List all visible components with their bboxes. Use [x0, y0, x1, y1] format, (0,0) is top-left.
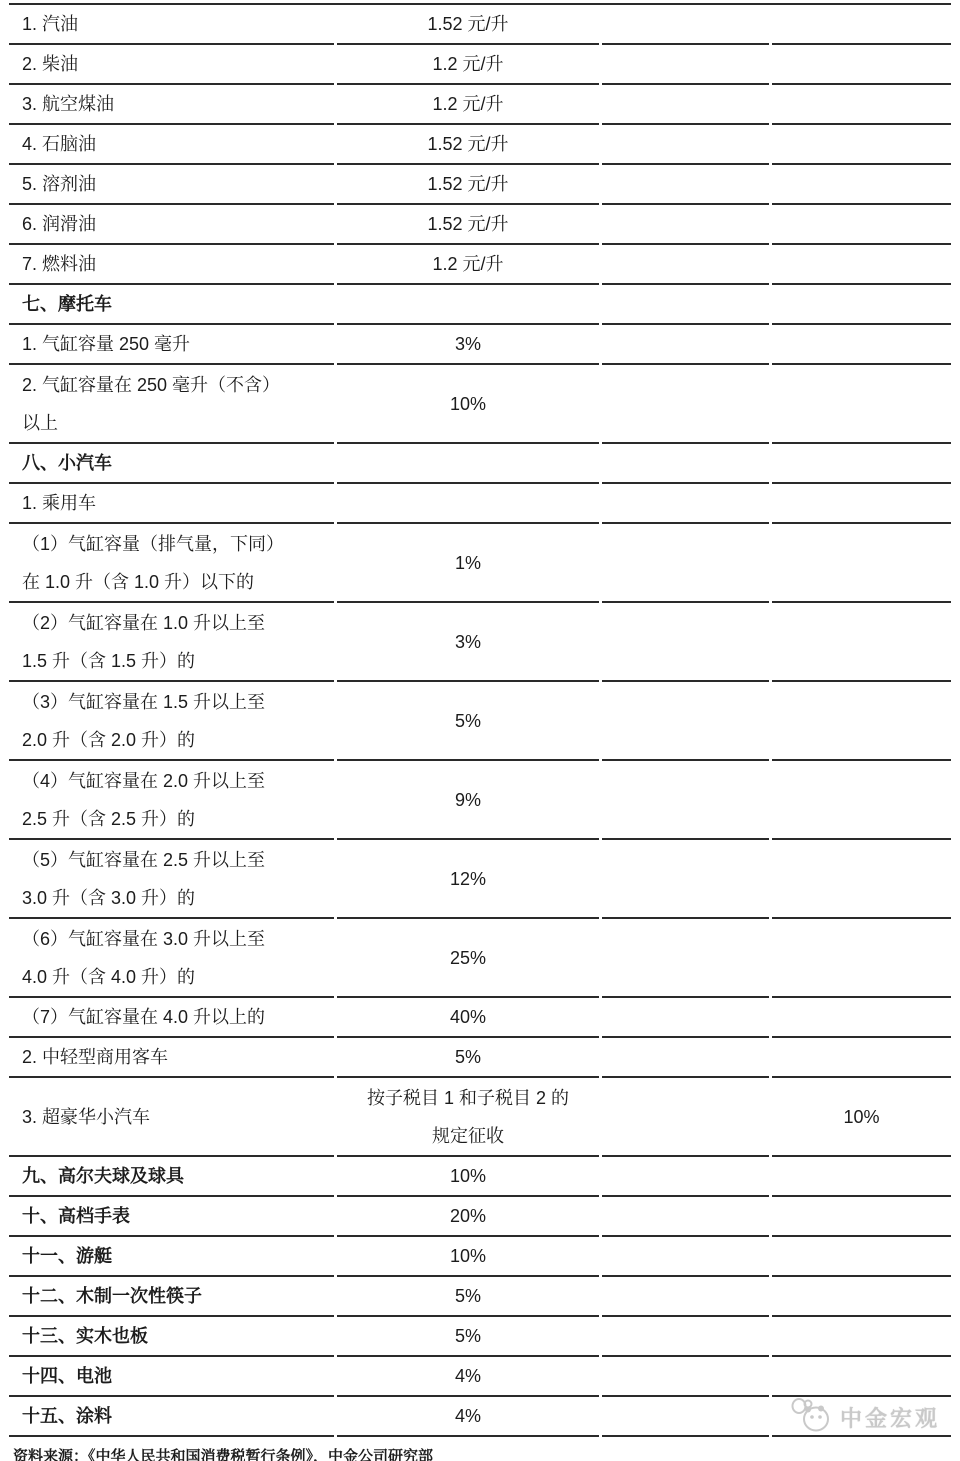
- text-line: （7）气缸容量在 4.0 升以上的: [22, 1005, 334, 1029]
- text-line: 1.5 升（含 1.5 升）的: [22, 642, 334, 680]
- table-row: （3）气缸容量在 1.5 升以上至2.0 升（含 2.0 升）的5%: [9, 682, 951, 761]
- spacer-cell: [602, 1237, 769, 1277]
- item-cell: 7. 燃料油: [9, 245, 334, 285]
- text-line: 3.0 升（含 3.0 升）的: [22, 879, 334, 917]
- text-line: 八、小汽车: [22, 451, 334, 475]
- spacer-cell: [602, 1277, 769, 1317]
- extra-rate-cell: [772, 682, 951, 761]
- text-line: 1. 气缸容量 250 毫升: [22, 332, 334, 356]
- rate-cell: 1%: [337, 524, 599, 603]
- table-row: 十四、电池4%: [9, 1357, 951, 1397]
- text-line: 1.52 元/升: [337, 172, 599, 196]
- item-cell: （2）气缸容量在 1.0 升以上至1.5 升（含 1.5 升）的: [9, 603, 334, 682]
- text-line: 10%: [337, 385, 599, 423]
- rate-cell: 按子税目 1 和子税目 2 的规定征收: [337, 1078, 599, 1157]
- spacer-cell: [602, 1078, 769, 1157]
- spacer-cell: [602, 1357, 769, 1397]
- item-cell: 七、摩托车: [9, 285, 334, 325]
- extra-rate-cell: [772, 125, 951, 165]
- text-line: （5）气缸容量在 2.5 升以上至: [22, 841, 334, 879]
- text-line: 按子税目 1 和子税目 2 的: [337, 1079, 599, 1117]
- page: 1. 汽油1.52 元/升2. 柴油1.2 元/升3. 航空煤油1.2 元/升4…: [0, 3, 960, 1461]
- item-cell: 2. 柴油: [9, 45, 334, 85]
- rate-cell: 10%: [337, 1237, 599, 1277]
- spacer-cell: [602, 5, 769, 45]
- extra-rate-cell: [772, 484, 951, 524]
- text-line: 七、摩托车: [22, 292, 334, 316]
- item-cell: 十二、木制一次性筷子: [9, 1277, 334, 1317]
- source-note: 资料来源：《中华人民共和国消费税暂行条例》，中金公司研究部: [13, 1445, 951, 1461]
- text-line: 10%: [772, 1098, 951, 1136]
- extra-rate-cell: [772, 1038, 951, 1078]
- text-line: 5%: [337, 1284, 599, 1308]
- table-row: 3. 超豪华小汽车按子税目 1 和子税目 2 的规定征收10%: [9, 1078, 951, 1157]
- text-line: 在 1.0 升（含 1.0 升）以下的: [22, 563, 334, 601]
- rate-cell: 3%: [337, 325, 599, 365]
- rate-cell: 1.52 元/升: [337, 205, 599, 245]
- extra-rate-cell: [772, 165, 951, 205]
- item-cell: 3. 航空煤油: [9, 85, 334, 125]
- text-line: 十一、游艇: [22, 1244, 334, 1268]
- spacer-cell: [602, 1317, 769, 1357]
- text-line: 3. 超豪华小汽车: [22, 1098, 334, 1136]
- rate-cell: 3%: [337, 603, 599, 682]
- text-line: 40%: [337, 1005, 599, 1029]
- rate-cell: 1.52 元/升: [337, 125, 599, 165]
- extra-rate-cell: [772, 85, 951, 125]
- text-line: 3%: [337, 332, 599, 356]
- rate-cell: 1.2 元/升: [337, 245, 599, 285]
- extra-rate-cell: [772, 1317, 951, 1357]
- table-row: 1. 汽油1.52 元/升: [9, 5, 951, 45]
- item-cell: （3）气缸容量在 1.5 升以上至2.0 升（含 2.0 升）的: [9, 682, 334, 761]
- extra-rate-cell: [772, 919, 951, 998]
- item-cell: （1）气缸容量（排气量，下同）在 1.0 升（含 1.0 升）以下的: [9, 524, 334, 603]
- text-line: （6）气缸容量在 3.0 升以上至: [22, 920, 334, 958]
- rate-cell: 5%: [337, 1317, 599, 1357]
- spacer-cell: [602, 603, 769, 682]
- text-line: 1. 汽油: [22, 12, 334, 36]
- spacer-cell: [602, 245, 769, 285]
- extra-rate-cell: [772, 1157, 951, 1197]
- extra-rate-cell: [772, 5, 951, 45]
- item-cell: 2. 中轻型商用客车: [9, 1038, 334, 1078]
- text-line: （4）气缸容量在 2.0 升以上至: [22, 762, 334, 800]
- rate-cell: 5%: [337, 682, 599, 761]
- text-line: 2. 柴油: [22, 52, 334, 76]
- text-line: 1.52 元/升: [337, 12, 599, 36]
- item-cell: 十、高档手表: [9, 1197, 334, 1237]
- text-line: 1%: [337, 544, 599, 582]
- item-cell: （7）气缸容量在 4.0 升以上的: [9, 998, 334, 1038]
- spacer-cell: [602, 325, 769, 365]
- table-row: 八、小汽车: [9, 444, 951, 484]
- spacer-cell: [602, 1038, 769, 1078]
- table-row: （6）气缸容量在 3.0 升以上至4.0 升（含 4.0 升）的25%: [9, 919, 951, 998]
- item-cell: 4. 石脑油: [9, 125, 334, 165]
- rate-cell: 1.2 元/升: [337, 45, 599, 85]
- spacer-cell: [602, 682, 769, 761]
- item-cell: 3. 超豪华小汽车: [9, 1078, 334, 1157]
- text-line: 6. 润滑油: [22, 212, 334, 236]
- text-line: 4%: [337, 1364, 599, 1388]
- spacer-cell: [602, 1157, 769, 1197]
- rate-cell: 1.52 元/升: [337, 5, 599, 45]
- table-row: 7. 燃料油1.2 元/升: [9, 245, 951, 285]
- spacer-cell: [602, 165, 769, 205]
- extra-rate-cell: [772, 761, 951, 840]
- table-row: 6. 润滑油1.52 元/升: [9, 205, 951, 245]
- rate-cell: 25%: [337, 919, 599, 998]
- spacer-cell: [602, 285, 769, 325]
- item-cell: 1. 乘用车: [9, 484, 334, 524]
- table-row: 3. 航空煤油1.2 元/升: [9, 85, 951, 125]
- table-row: （5）气缸容量在 2.5 升以上至3.0 升（含 3.0 升）的12%: [9, 840, 951, 919]
- text-line: 十四、电池: [22, 1364, 334, 1388]
- extra-rate-cell: [772, 1397, 951, 1437]
- extra-rate-cell: [772, 285, 951, 325]
- rate-cell: 12%: [337, 840, 599, 919]
- table-row: 2. 柴油1.2 元/升: [9, 45, 951, 85]
- text-line: 1.2 元/升: [337, 92, 599, 116]
- item-cell: 十三、实木也板: [9, 1317, 334, 1357]
- rate-cell: 4%: [337, 1357, 599, 1397]
- table-row: 5. 溶剂油1.52 元/升: [9, 165, 951, 205]
- table-row: 七、摩托车: [9, 285, 951, 325]
- table-row: 十三、实木也板5%: [9, 1317, 951, 1357]
- spacer-cell: [602, 85, 769, 125]
- item-cell: 十五、涂料: [9, 1397, 334, 1437]
- extra-rate-cell: [772, 325, 951, 365]
- spacer-cell: [602, 524, 769, 603]
- table-row: 十五、涂料4%: [9, 1397, 951, 1437]
- text-line: 十五、涂料: [22, 1404, 334, 1428]
- extra-rate-cell: [772, 840, 951, 919]
- text-line: 九、高尔夫球及球具: [22, 1164, 334, 1188]
- rate-cell: [337, 444, 599, 484]
- text-line: 十、高档手表: [22, 1204, 334, 1228]
- table-row: 十一、游艇10%: [9, 1237, 951, 1277]
- table-row: （7）气缸容量在 4.0 升以上的40%: [9, 998, 951, 1038]
- text-line: 10%: [337, 1244, 599, 1268]
- text-line: 10%: [337, 1164, 599, 1188]
- spacer-cell: [602, 761, 769, 840]
- text-line: 4%: [337, 1404, 599, 1428]
- text-line: 4.0 升（含 4.0 升）的: [22, 958, 334, 996]
- table-row: 十、高档手表20%: [9, 1197, 951, 1237]
- extra-rate-cell: [772, 524, 951, 603]
- extra-rate-cell: [772, 45, 951, 85]
- text-line: 9%: [337, 781, 599, 819]
- rate-cell: 5%: [337, 1277, 599, 1317]
- extra-rate-cell: [772, 205, 951, 245]
- table-row: （2）气缸容量在 1.0 升以上至1.5 升（含 1.5 升）的3%: [9, 603, 951, 682]
- item-cell: 6. 润滑油: [9, 205, 334, 245]
- text-line: 2. 气缸容量在 250 毫升（不含）: [22, 366, 334, 404]
- extra-rate-cell: [772, 444, 951, 484]
- text-line: 25%: [337, 939, 599, 977]
- item-cell: 1. 气缸容量 250 毫升: [9, 325, 334, 365]
- spacer-cell: [602, 45, 769, 85]
- text-line: 2. 中轻型商用客车: [22, 1045, 334, 1069]
- spacer-cell: [602, 444, 769, 484]
- text-line: （3）气缸容量在 1.5 升以上至: [22, 683, 334, 721]
- text-line: 1.2 元/升: [337, 52, 599, 76]
- rate-cell: 10%: [337, 365, 599, 444]
- extra-rate-cell: [772, 245, 951, 285]
- text-line: 7. 燃料油: [22, 252, 334, 276]
- extra-rate-cell: [772, 603, 951, 682]
- text-line: 3%: [337, 623, 599, 661]
- table-row: 1. 乘用车: [9, 484, 951, 524]
- item-cell: 5. 溶剂油: [9, 165, 334, 205]
- text-line: 5%: [337, 1045, 599, 1069]
- rate-cell: 9%: [337, 761, 599, 840]
- text-line: 以上: [22, 404, 334, 442]
- item-cell: 十四、电池: [9, 1357, 334, 1397]
- text-line: 3. 航空煤油: [22, 92, 334, 116]
- spacer-cell: [602, 840, 769, 919]
- text-line: 1.2 元/升: [337, 252, 599, 276]
- spacer-cell: [602, 125, 769, 165]
- spacer-cell: [602, 205, 769, 245]
- text-line: 十二、木制一次性筷子: [22, 1284, 334, 1308]
- spacer-cell: [602, 365, 769, 444]
- item-cell: 2. 气缸容量在 250 毫升（不含）以上: [9, 365, 334, 444]
- text-line: 1.52 元/升: [337, 212, 599, 236]
- table-row: （1）气缸容量（排气量，下同）在 1.0 升（含 1.0 升）以下的1%: [9, 524, 951, 603]
- spacer-cell: [602, 1197, 769, 1237]
- extra-rate-cell: [772, 365, 951, 444]
- table-row: 十二、木制一次性筷子5%: [9, 1277, 951, 1317]
- text-line: 5%: [337, 1324, 599, 1348]
- text-line: 规定征收: [337, 1117, 599, 1155]
- text-line: 1.52 元/升: [337, 132, 599, 156]
- table-row: 2. 中轻型商用客车5%: [9, 1038, 951, 1078]
- text-line: 2.0 升（含 2.0 升）的: [22, 721, 334, 759]
- item-cell: （6）气缸容量在 3.0 升以上至4.0 升（含 4.0 升）的: [9, 919, 334, 998]
- spacer-cell: [602, 919, 769, 998]
- spacer-cell: [602, 484, 769, 524]
- text-line: （1）气缸容量（排气量，下同）: [22, 525, 334, 563]
- item-cell: 九、高尔夫球及球具: [9, 1157, 334, 1197]
- rate-cell: 1.52 元/升: [337, 165, 599, 205]
- item-cell: 八、小汽车: [9, 444, 334, 484]
- item-cell: 1. 汽油: [9, 5, 334, 45]
- rate-cell: 5%: [337, 1038, 599, 1078]
- table-row: 4. 石脑油1.52 元/升: [9, 125, 951, 165]
- extra-rate-cell: [772, 1277, 951, 1317]
- text-line: 5%: [337, 702, 599, 740]
- text-line: 5. 溶剂油: [22, 172, 334, 196]
- rate-cell: [337, 285, 599, 325]
- rate-cell: 1.2 元/升: [337, 85, 599, 125]
- extra-rate-cell: [772, 1237, 951, 1277]
- text-line: 1. 乘用车: [22, 491, 334, 515]
- table-row: 2. 气缸容量在 250 毫升（不含）以上10%: [9, 365, 951, 444]
- spacer-cell: [602, 998, 769, 1038]
- text-line: 4. 石脑油: [22, 132, 334, 156]
- table-row: 1. 气缸容量 250 毫升3%: [9, 325, 951, 365]
- text-line: 12%: [337, 860, 599, 898]
- rate-cell: 20%: [337, 1197, 599, 1237]
- tax-table: 1. 汽油1.52 元/升2. 柴油1.2 元/升3. 航空煤油1.2 元/升4…: [9, 3, 951, 1437]
- text-line: 20%: [337, 1204, 599, 1228]
- table-row: 九、高尔夫球及球具10%: [9, 1157, 951, 1197]
- extra-rate-cell: [772, 998, 951, 1038]
- rate-cell: 40%: [337, 998, 599, 1038]
- spacer-cell: [602, 1397, 769, 1437]
- item-cell: （4）气缸容量在 2.0 升以上至2.5 升（含 2.5 升）的: [9, 761, 334, 840]
- extra-rate-cell: [772, 1197, 951, 1237]
- rate-cell: 10%: [337, 1157, 599, 1197]
- rate-cell: [337, 484, 599, 524]
- text-line: （2）气缸容量在 1.0 升以上至: [22, 604, 334, 642]
- extra-rate-cell: 10%: [772, 1078, 951, 1157]
- rate-cell: 4%: [337, 1397, 599, 1437]
- item-cell: 十一、游艇: [9, 1237, 334, 1277]
- text-line: 2.5 升（含 2.5 升）的: [22, 800, 334, 838]
- extra-rate-cell: [772, 1357, 951, 1397]
- text-line: 十三、实木也板: [22, 1324, 334, 1348]
- item-cell: （5）气缸容量在 2.5 升以上至3.0 升（含 3.0 升）的: [9, 840, 334, 919]
- table-row: （4）气缸容量在 2.0 升以上至2.5 升（含 2.5 升）的9%: [9, 761, 951, 840]
